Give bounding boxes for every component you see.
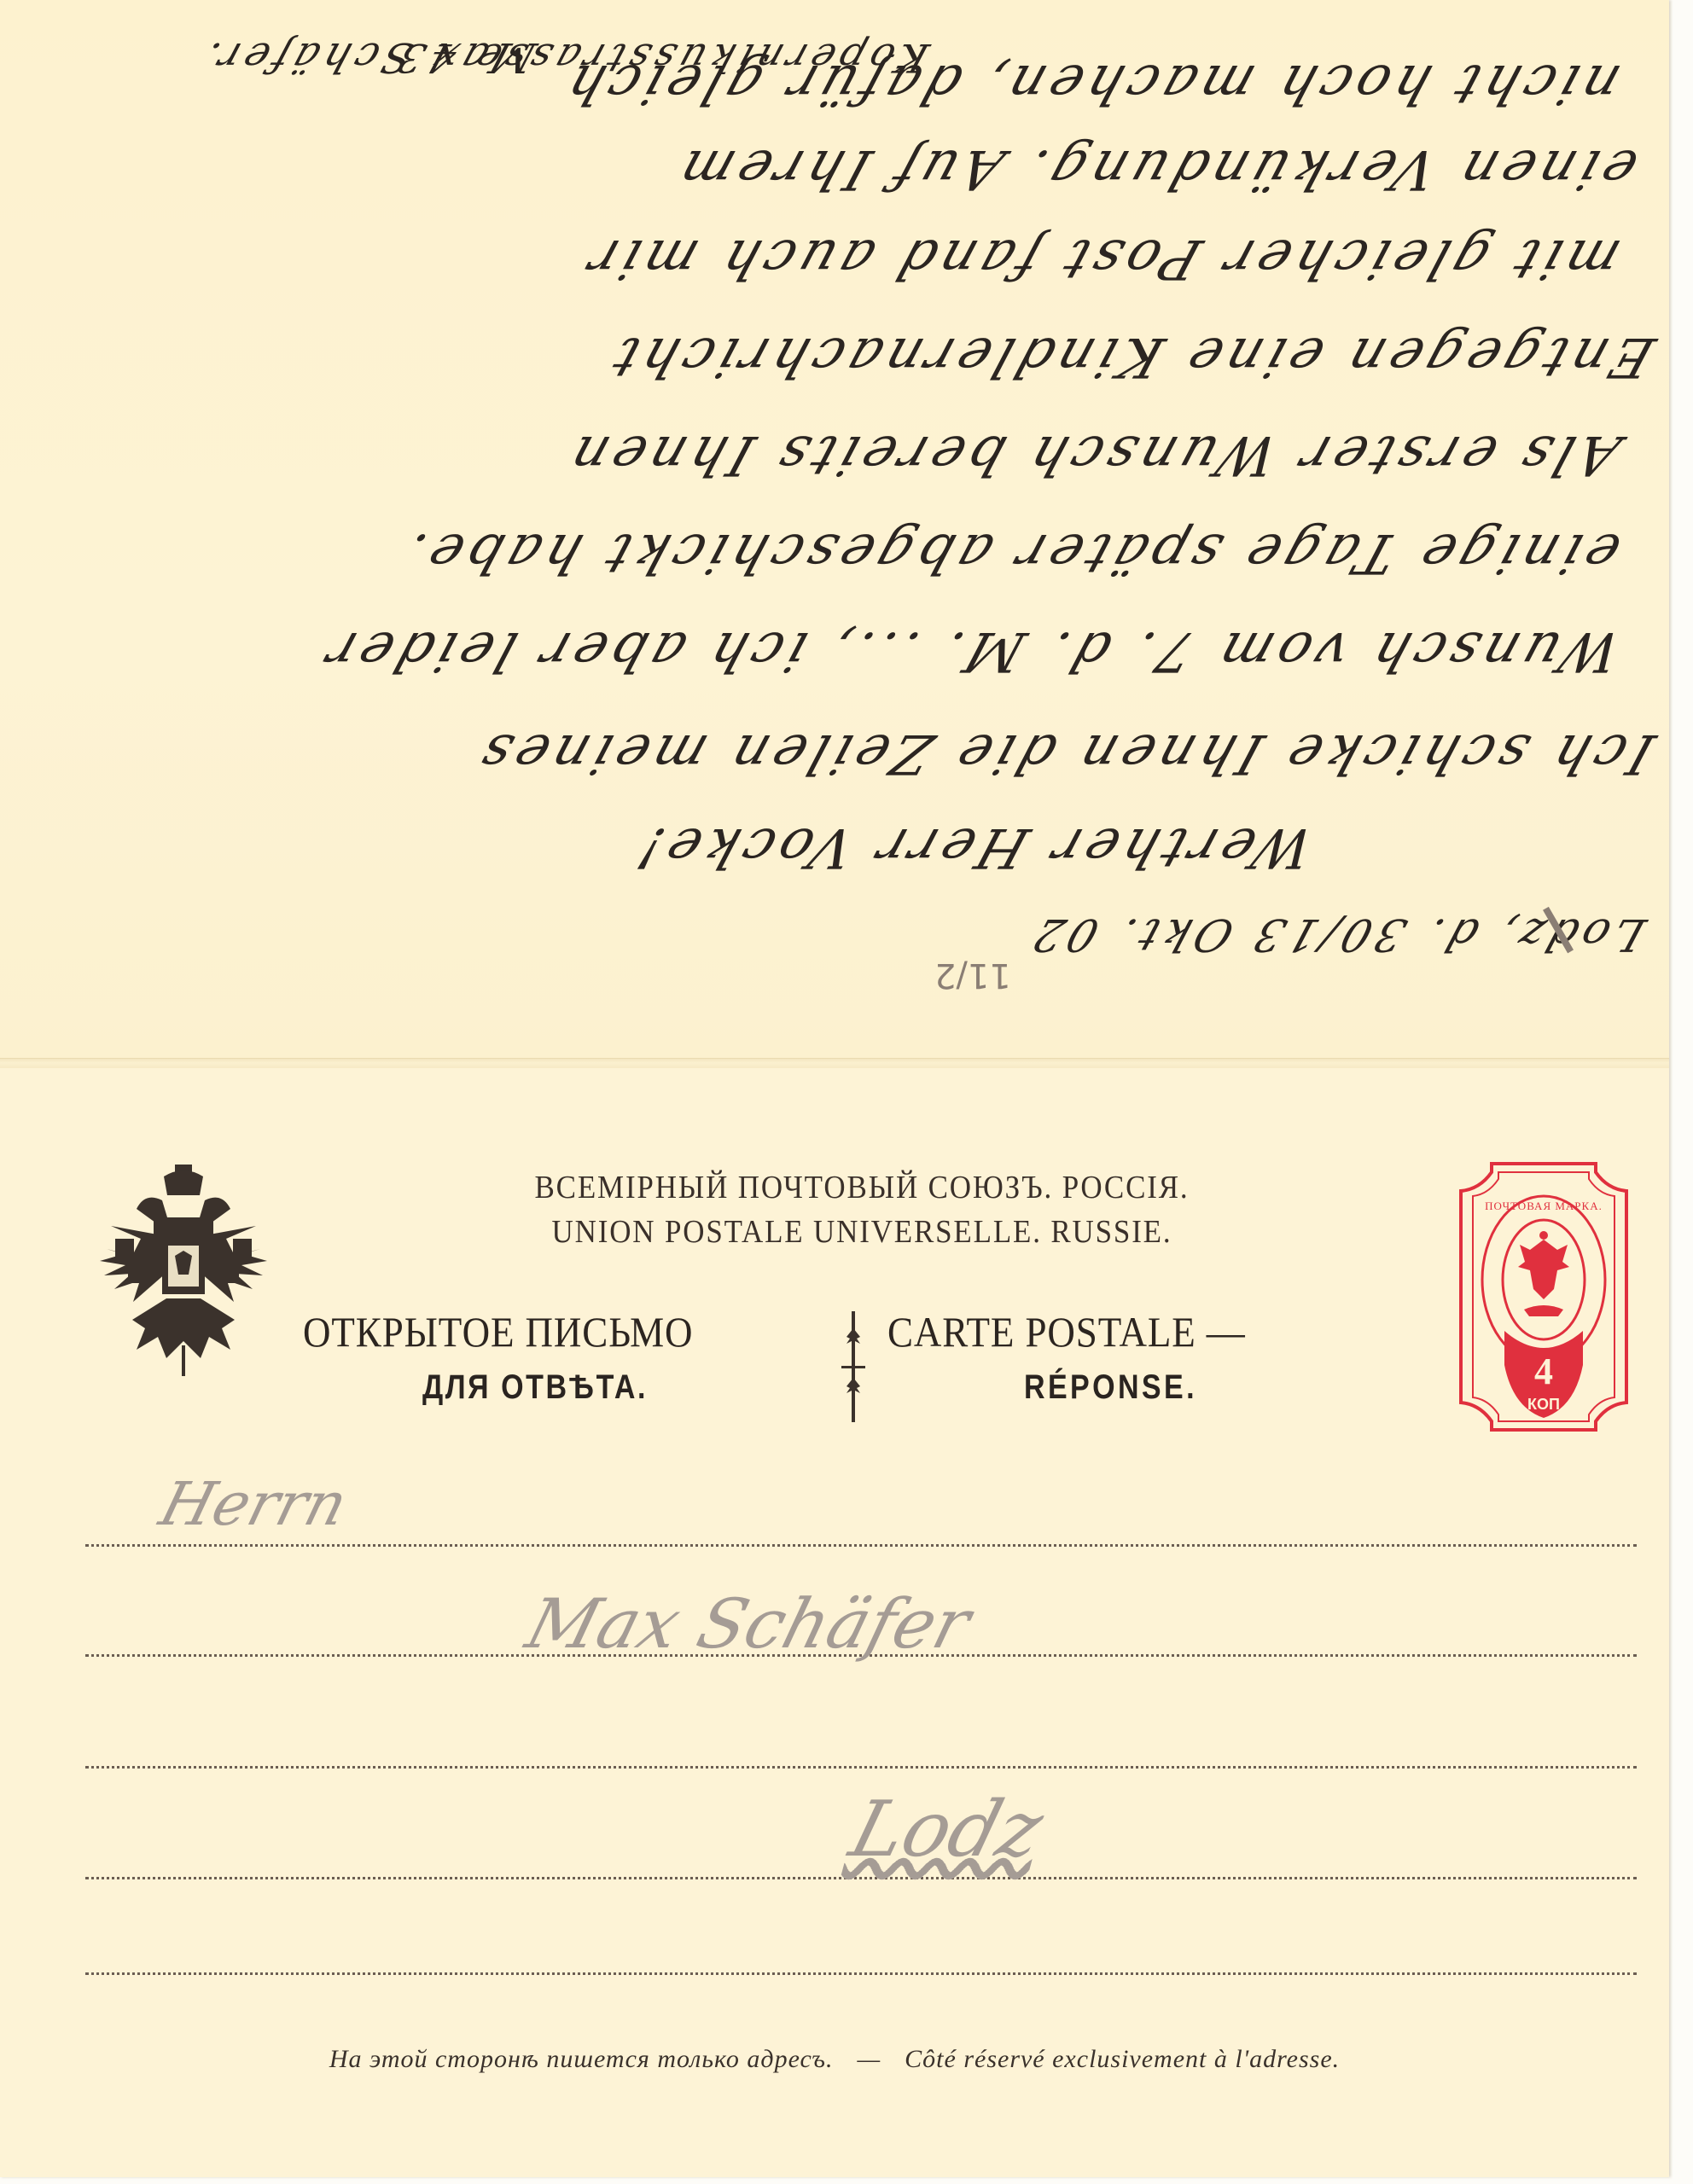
hw-sender-address: Kopernikusstrasse 43 bbox=[387, 35, 934, 81]
title-russian: ОТКРЫТОЕ ПИСЬМО bbox=[303, 1307, 693, 1356]
hw-line: einen Verkündung. Auf Ihrem bbox=[666, 137, 1645, 200]
footer-separator: — bbox=[857, 2045, 881, 2073]
double-headed-eagle-icon bbox=[85, 1158, 282, 1380]
address-line-5[interactable] bbox=[85, 1972, 1637, 1975]
hw-line: einige Tage später abgeschickt habe. bbox=[393, 521, 1628, 584]
footer-note-french: Côté réservé exclusivement à l'adresse. bbox=[905, 2045, 1340, 2073]
hw-line: Entgegen eine Kindlernachricht bbox=[601, 325, 1662, 388]
stamp-unit: КОП bbox=[1527, 1396, 1560, 1413]
hw-line: Wunsch vom 7. d. M. ..., ich aber leider bbox=[313, 619, 1628, 682]
address-city: Lodz bbox=[841, 1785, 1052, 1874]
handwritten-message: Lodz, d. 30/13 Okt. 02 Werther Herr Vock… bbox=[0, 0, 1669, 1062]
address-salutation: Herrn bbox=[153, 1469, 354, 1539]
message-side: Lodz, d. 30/13 Okt. 02 Werther Herr Vock… bbox=[0, 0, 1669, 1062]
footer-note-russian: На этой сторонѣ пишется только адресъ. bbox=[329, 2045, 834, 2073]
hw-line: Als erster Wunsch bereits Ihnen bbox=[557, 423, 1628, 486]
address-line-1[interactable] bbox=[85, 1544, 1637, 1547]
address-recipient-name: Max Schäfer bbox=[519, 1584, 979, 1664]
address-side: ВСЕМIРНЫЙ ПОЧТОВЫЙ СОЮЗЪ. РОССIЯ. UNION … bbox=[0, 1068, 1669, 2177]
title-french: CARTE POSTALE — bbox=[887, 1307, 1246, 1356]
address-line-3[interactable] bbox=[85, 1766, 1637, 1769]
hw-line: mit gleicher Post fand auch mir bbox=[575, 227, 1628, 290]
address-line-4[interactable] bbox=[85, 1877, 1637, 1879]
stamp-inscription: ПОЧТОВАЯ МАРКА. bbox=[1485, 1199, 1603, 1212]
hw-salutation: Werther Herr Vocke! bbox=[625, 816, 1321, 879]
footer-note: На этой сторонѣ пишется только адресъ.—C… bbox=[0, 2045, 1669, 2074]
subtitle-french: RÉPONSE. bbox=[1024, 1368, 1197, 1407]
pencil-annotation: 11/2 bbox=[934, 955, 1011, 995]
stamp-value: 4 bbox=[1534, 1350, 1553, 1392]
divider-ornament-icon bbox=[838, 1311, 869, 1422]
header-russian: ВСЕМIРНЫЙ ПОЧТОВЫЙ СОЮЗЪ. РОССIЯ. bbox=[367, 1169, 1356, 1206]
postage-stamp-4-kop: ПОЧТОВАЯ МАРКА. 4 КОП bbox=[1457, 1160, 1630, 1433]
hw-line: Ich schicke Ihnen die Zeilen meines bbox=[468, 722, 1662, 785]
postal-reply-card: Lodz, d. 30/13 Okt. 02 Werther Herr Vock… bbox=[0, 0, 1669, 2177]
header-french: UNION POSTALE UNIVERSELLE. RUSSIE. bbox=[367, 1213, 1356, 1251]
subtitle-russian: ДЛЯ ОТВѢТА. bbox=[422, 1368, 648, 1407]
